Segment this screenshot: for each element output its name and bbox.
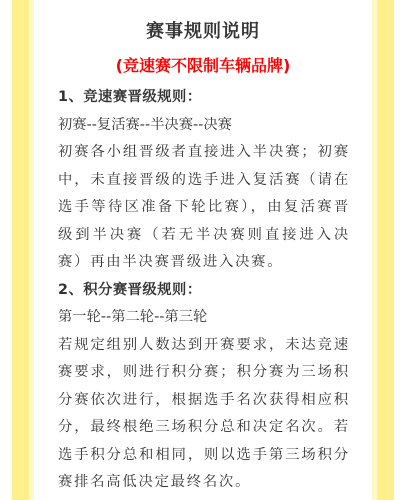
left-frame-border xyxy=(12,0,29,500)
rules-card: 赛事规则说明 (竞速赛不限制车辆品牌) 1、竞速赛晋级规则： 初赛--复活赛--… xyxy=(34,0,372,500)
section-heading-speed-race: 1、竞速赛晋级规则： xyxy=(58,84,350,112)
section-flow-points-race: 第一轮--第二轮--第三轮 xyxy=(58,304,350,332)
section-body-speed-race: 初赛各小组晋级者直接进入半决赛；初赛中，未直接晋级的选手进入复活赛（请在选手等待… xyxy=(58,139,350,277)
section-body-points-race: 若规定组别人数达到开赛要求，未达竞速赛要求，则进行积分赛；积分赛为三场积分赛依次… xyxy=(58,332,350,497)
section-flow-speed-race: 初赛--复活赛--半决赛--决赛 xyxy=(58,112,350,140)
rules-content: 1、竞速赛晋级规则： 初赛--复活赛--半决赛--决赛 初赛各小组晋级者直接进入… xyxy=(58,84,350,497)
right-frame-border xyxy=(377,0,394,500)
section-heading-points-race: 2、积分赛晋级规则： xyxy=(58,277,350,305)
page-title: 赛事规则说明 xyxy=(34,19,372,45)
subtitle-note: (竞速赛不限制车辆品牌) xyxy=(34,54,372,78)
